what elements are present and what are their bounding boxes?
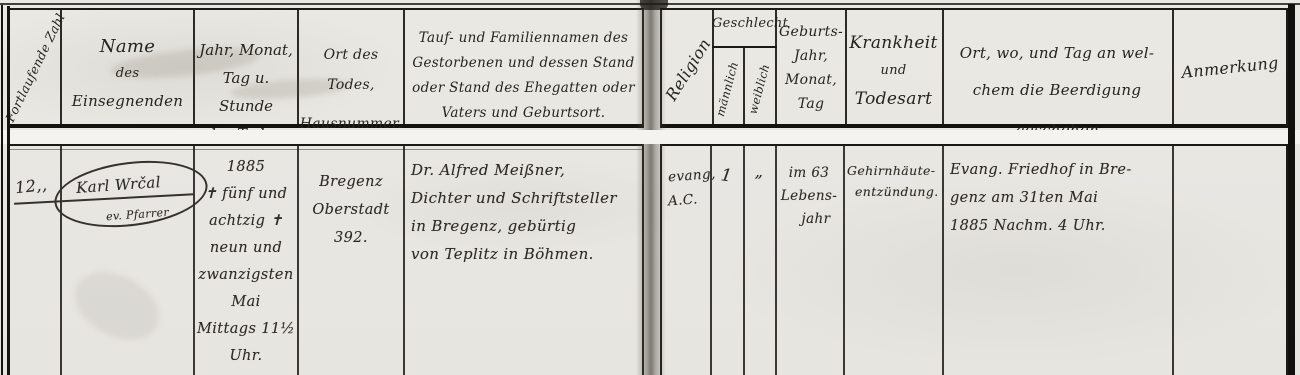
column-divider <box>403 146 405 375</box>
record-row-left: 12,, Karl Wrčal ev. Pfarrer 1885 ✝ fünf … <box>8 144 644 375</box>
header-religion-cell: Religion <box>664 10 712 126</box>
death-date-line: 1885 <box>195 154 297 181</box>
birth-line: Lebens- <box>775 185 843 208</box>
header-name-line: Einsegnenden <box>62 86 193 116</box>
death-date-line: Uhr. <box>195 343 297 370</box>
header-death-date-line: Tag u. Stunde <box>195 64 297 120</box>
death-date-line: Mai <box>195 289 297 316</box>
death-place-line: 392. <box>299 224 403 252</box>
header-illness-cell: Krankheit und Todesart <box>845 28 942 114</box>
death-date-cell: 1885 ✝ fünf und achtzig ✝ neun und zwanz… <box>195 154 297 370</box>
illness-cell: Gehirnhäute- entzündung. <box>847 160 940 202</box>
header-illness-line: und <box>845 58 942 84</box>
entry-number: 12,, <box>14 174 60 197</box>
illness-line: entzündung. <box>847 181 940 202</box>
header-note-cell: Anmerkung <box>1172 58 1288 77</box>
page-left-edge-inner <box>7 6 10 375</box>
header-illness-line: Todesart <box>845 84 942 114</box>
header-name-cell: Name des Einsegnenden <box>62 32 193 116</box>
religion-line: A.C. <box>667 187 709 214</box>
birth-line: jahr <box>775 208 843 231</box>
header-birth-line: Geburts- <box>779 20 843 44</box>
note-cell <box>1172 156 1288 366</box>
column-divider <box>942 146 944 375</box>
officiant-cell: Karl Wrčal ev. Pfarrer <box>62 146 193 375</box>
death-register-scan: Fortlaufende Zahl Name des Einsegnenden … <box>0 0 1300 375</box>
burial-line: 1885 Nachm. 4 Uhr. <box>950 212 1170 240</box>
header-sex-female-cell: weiblich <box>743 48 775 126</box>
religion-line: evang, <box>667 163 709 190</box>
deceased-cell: Dr. Alfred Meißner, Dichter und Schrifts… <box>411 156 642 268</box>
column-divider <box>843 146 845 375</box>
death-date-line: neun und <box>195 235 297 262</box>
deceased-line: Dichter und Schriftsteller <box>411 184 642 212</box>
death-date-line: Mittags 11½ <box>195 316 297 343</box>
header-table-left: Fortlaufende Zahl Name des Einsegnenden … <box>8 8 644 128</box>
header-sex-label: Geschlecht <box>712 16 775 31</box>
header-birth-cell: Geburts- Jahr, Monat, Tag <box>779 20 843 116</box>
deceased-line: in Bregenz, gebürtig <box>411 212 642 240</box>
burial-line: genz am 31ten Mai <box>950 184 1170 212</box>
header-sex-cell: Geschlecht <box>712 16 775 31</box>
header-sex-male-label: männlich <box>709 46 745 133</box>
header-serial-cell: Fortlaufende Zahl <box>12 10 60 126</box>
header-birth-line: Tag <box>779 92 843 116</box>
page-right-edge <box>1288 4 1295 375</box>
header-serial-label: Fortlaufende Zahl <box>0 6 70 129</box>
sex-female-value: „ <box>743 162 775 181</box>
death-place-cell: Bregenz Oberstadt 392. <box>299 168 403 252</box>
header-name-line: Name <box>62 32 193 62</box>
header-death-place-line: Ort des Todes, <box>299 40 403 100</box>
birth-cell: im 63 Lebens- jahr <box>775 162 843 231</box>
header-deceased-line: Gestorbenen und dessen Stand <box>405 51 642 76</box>
pencil-smudge <box>63 258 171 353</box>
header-note-label: Anmerkung <box>1171 52 1288 83</box>
header-illness-line: Krankheit <box>845 28 942 58</box>
page-left-edge <box>1 5 3 375</box>
death-date-line: achtzig ✝ <box>195 208 297 235</box>
sex-male-value: 1 <box>709 164 744 188</box>
header-death-date-line: Jahr, Monat, <box>195 36 297 64</box>
gutter-top-mark <box>640 0 668 10</box>
death-date-line: zwanzigsten <box>195 262 297 289</box>
scan-split-gap <box>0 130 1300 144</box>
header-table-right: Religion Geschlecht männlich weiblich Ge… <box>660 8 1288 128</box>
header-burial-line: Ort, wo, und Tag an wel- <box>944 36 1170 70</box>
header-deceased-line: Tauf- und Familiennamen des <box>405 26 642 51</box>
illness-line: Gehirnhäute- <box>847 160 940 181</box>
death-place-line: Bregenz <box>299 168 403 196</box>
death-place-line: Oberstadt <box>299 196 403 224</box>
death-date-line: ✝ fünf und <box>195 181 297 208</box>
header-birth-line: Jahr, <box>779 44 843 68</box>
header-deceased-line: oder Stand des Ehegatten oder <box>405 76 642 101</box>
header-name-line: des <box>62 62 193 86</box>
burial-cell: Evang. Friedhof in Bre- genz am 31ten Ma… <box>950 156 1170 240</box>
book-gutter-shadow <box>636 0 666 375</box>
record-row-right: evang, A.C. 1 „ im 63 Lebens- jahr Gehir… <box>660 144 1288 375</box>
header-sex-female-label: weiblich <box>741 46 777 133</box>
birth-line: im 63 <box>775 162 843 185</box>
deceased-line: Dr. Alfred Meißner, <box>411 156 642 184</box>
header-deceased-cell: Tauf- und Familiennamen des Gestorbenen … <box>405 26 642 126</box>
burial-line: Evang. Friedhof in Bre- <box>950 156 1170 184</box>
header-birth-line: Monat, <box>779 68 843 92</box>
religion-cell: evang, A.C. <box>668 164 708 212</box>
header-deceased-line: Vaters und Geburtsort. <box>405 101 642 126</box>
header-sex-male-cell: männlich <box>712 48 743 126</box>
deceased-line: von Teplitz in Böhmen. <box>411 240 642 268</box>
